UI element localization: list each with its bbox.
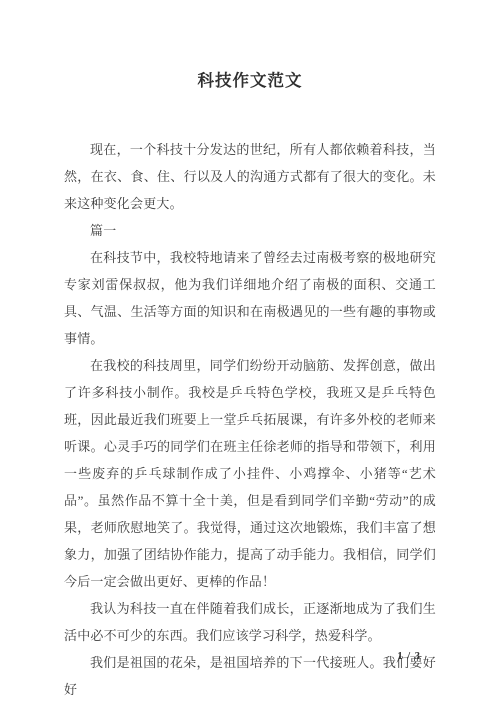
essay-content: 现在，一个科技十分发达的世纪，所有人都依赖着科技，当然，在衣、食、住、行以及人的… bbox=[64, 136, 436, 703]
page-number-indicator: 1 / 3 bbox=[397, 651, 421, 662]
document-page: 科技作文范文 现在，一个科技十分发达的世纪，所有人都依赖着科技，当然，在衣、食、… bbox=[0, 0, 500, 707]
paragraph: 在我校的科技周里，同学们纷纷开动脑筋、发挥创意，做出了许多科技小制作。我校是乒乓… bbox=[64, 352, 436, 595]
paragraph: 我认为科技一直在伴随着我们成长，正逐渐地成为了我们生活中必不可少的东西。我们应该… bbox=[64, 595, 436, 649]
paragraph: 我们是祖国的花朵，是祖国培养的下一代接班人。我们要好好 bbox=[64, 649, 436, 703]
page-title: 科技作文范文 bbox=[0, 0, 500, 92]
paragraph: 在科技节中，我校特地请来了曾经去过南极考察的极地研究专家刘雷保叔叔，他为我们详细… bbox=[64, 244, 436, 352]
paragraph: 篇一 bbox=[64, 217, 436, 244]
paragraph: 现在，一个科技十分发达的世纪，所有人都依赖着科技，当然，在衣、食、住、行以及人的… bbox=[64, 136, 436, 217]
